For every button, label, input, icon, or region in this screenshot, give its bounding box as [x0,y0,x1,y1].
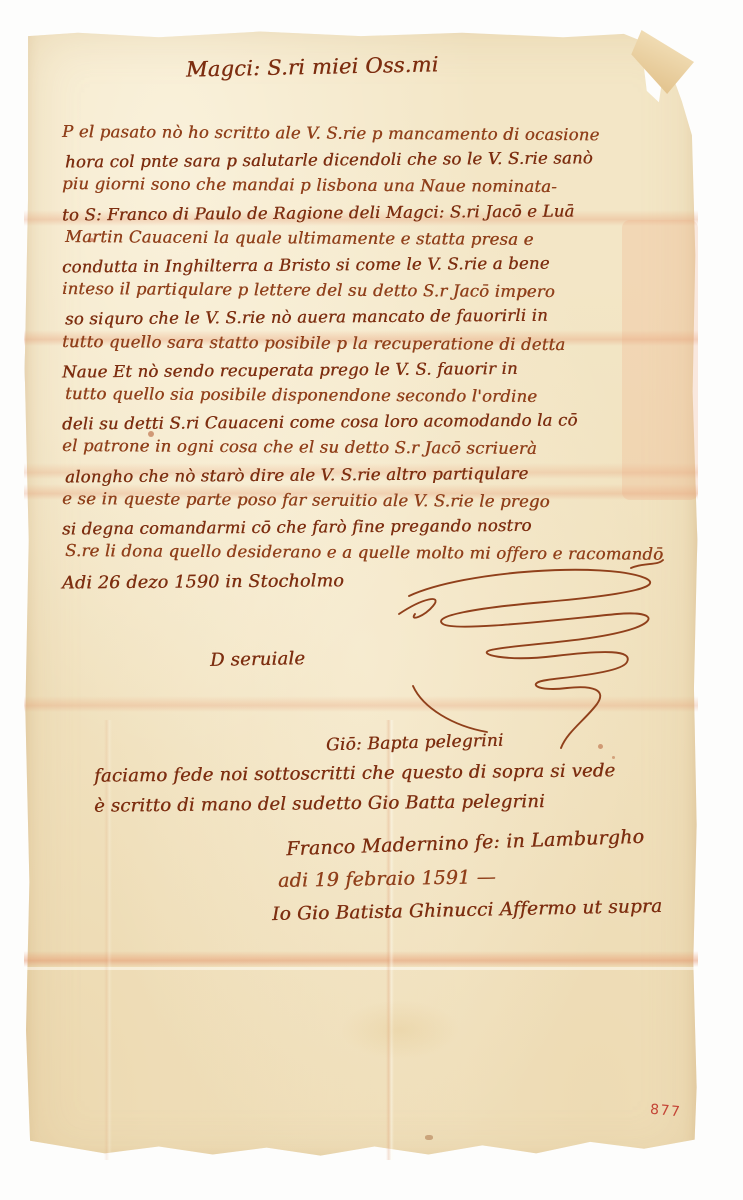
body-line: piu giorni sono che mandai p lisbona una… [62,171,702,201]
scanned-letter-page: Magci: S.ri miei Oss.mi P el pasato nò h… [0,0,743,1200]
closing-line: D seruiale [210,648,305,671]
notary-date-line: adi 19 febraio 1591 — [278,866,496,892]
attestation-line: è scritto di mano del sudetto Gio Batta … [94,786,616,821]
attestation-block: faciamo fede noi sottoscritti che questo… [94,759,615,819]
letter-body: P el pasato nò ho scritto ale V. S.rie p… [62,121,702,595]
body-line: so siquro che le V. S.rie nò auera manca… [65,302,702,333]
archive-number: 877 [649,1102,682,1121]
body-line: el patrone in ogni cosa che el su detto … [62,433,702,463]
signature-flourish-icon [395,558,667,750]
